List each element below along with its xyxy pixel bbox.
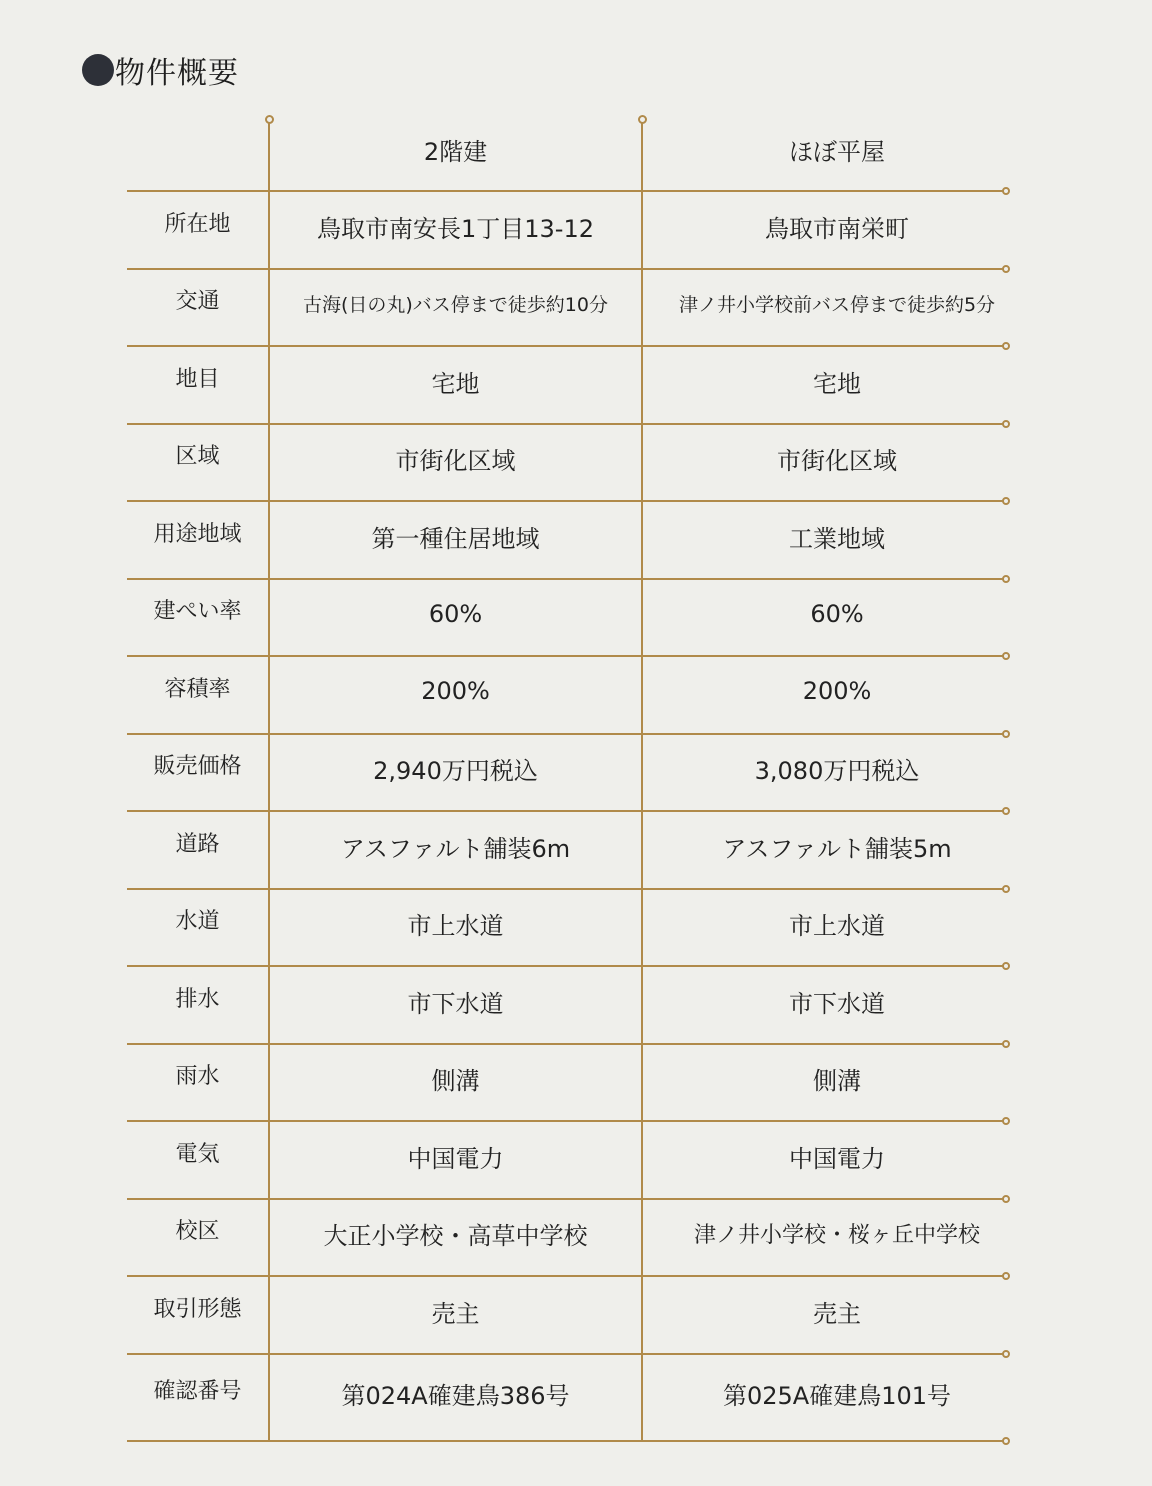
value-2f: 市街化区域 (270, 421, 641, 496)
section-title: 物件概要 (82, 50, 239, 90)
row-label: 区域 (127, 417, 268, 492)
row-divider (127, 1440, 1003, 1442)
value-2f: 中国電力 (270, 1118, 641, 1194)
column-header-flat: ほぼ平屋 (643, 120, 1031, 178)
value-2f: 鳥取市南安長1丁目13-12 (270, 188, 641, 264)
row-label: 確認番号 (127, 1347, 268, 1432)
row-label: 校区 (127, 1192, 268, 1267)
value-flat: 市下水道 (643, 963, 1031, 1039)
value-2f: 第024A確建鳥386号 (270, 1351, 641, 1436)
section-title-text: 物件概要 (115, 48, 239, 92)
value-flat: 鳥取市南栄町 (643, 188, 1031, 264)
value-flat: 工業地域 (643, 498, 1031, 574)
value-flat: 3,080万円税込 (643, 731, 1031, 806)
value-flat: 津ノ井小学校前バス停まで徒歩約5分 (643, 266, 1031, 341)
value-2f: 市上水道 (270, 886, 641, 961)
row-label: 地目 (127, 339, 268, 415)
value-2f: アスファルト舗装6m (270, 808, 641, 884)
value-flat: 200% (643, 653, 1031, 729)
row-label: 所在地 (127, 184, 268, 260)
value-2f: 宅地 (270, 343, 641, 419)
row-label: 電気 (127, 1114, 268, 1190)
column-header-2f: 2階建 (270, 120, 641, 178)
value-2f: 60% (270, 576, 641, 651)
value-flat: 60% (643, 576, 1031, 651)
value-flat: 第025A確建鳥101号 (643, 1351, 1031, 1436)
value-flat: 側溝 (643, 1041, 1031, 1116)
value-flat: 津ノ井小学校・桜ヶ丘中学校 (643, 1196, 1031, 1271)
row-label: 道路 (127, 804, 268, 880)
value-2f: 200% (270, 653, 641, 729)
bullet-icon (82, 54, 114, 86)
value-2f: 売主 (270, 1273, 641, 1349)
value-2f: 市下水道 (270, 963, 641, 1039)
row-label: 雨水 (127, 1037, 268, 1112)
value-flat: 売主 (643, 1273, 1031, 1349)
value-2f: 第一種住居地域 (270, 498, 641, 574)
value-flat: 中国電力 (643, 1118, 1031, 1194)
value-flat: 市上水道 (643, 886, 1031, 961)
row-label: 水道 (127, 882, 268, 957)
value-2f: 側溝 (270, 1041, 641, 1116)
value-2f: 大正小学校・高草中学校 (270, 1196, 641, 1271)
value-flat: 市街化区域 (643, 421, 1031, 496)
row-label: 取引形態 (127, 1269, 268, 1345)
row-label: 排水 (127, 959, 268, 1035)
value-flat: アスファルト舗装5m (643, 808, 1031, 884)
row-label: 容積率 (127, 649, 268, 725)
value-2f: 2,940万円税込 (270, 731, 641, 806)
row-label: 交通 (127, 262, 268, 337)
row-label: 用途地域 (127, 494, 268, 570)
value-2f: 古海(日の丸)バス停まで徒歩約10分 (270, 266, 641, 341)
row-label: 建ぺい率 (127, 572, 268, 647)
value-flat: 宅地 (643, 343, 1031, 419)
row-label: 販売価格 (127, 727, 268, 802)
